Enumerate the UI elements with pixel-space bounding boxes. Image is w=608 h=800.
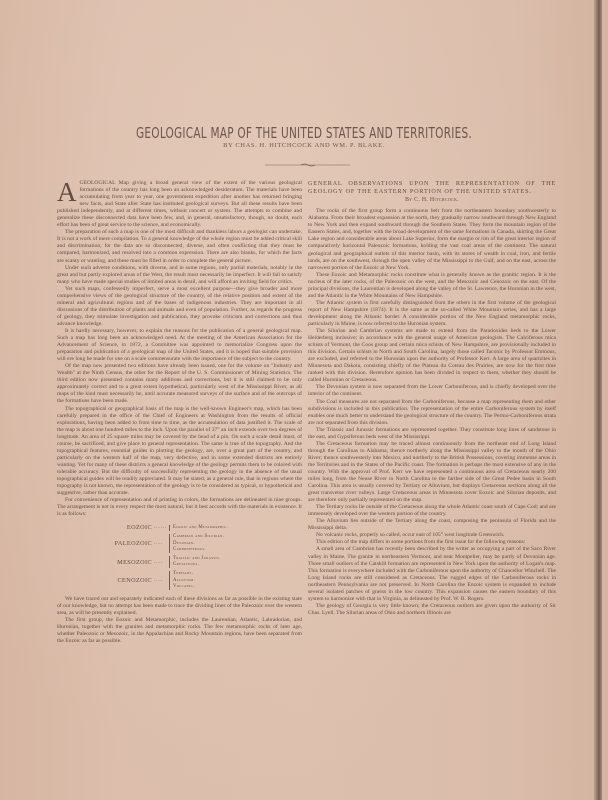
book-binding-gutter bbox=[594, 0, 602, 800]
paragraph: Under such adverse conditions, with dive… bbox=[57, 265, 302, 286]
left-column: A GEOLOGICAL Map giving a broad general … bbox=[57, 180, 302, 645]
paragraph: The rocks of the first group form a cont… bbox=[308, 208, 556, 271]
paragraph: The Silurian and Cambrian systems are ma… bbox=[308, 328, 556, 384]
subdivision: Volcanic. bbox=[173, 584, 195, 590]
paragraph: The Triassic and Jurassic formations are… bbox=[308, 427, 556, 441]
leader-dots: ...... bbox=[154, 524, 168, 531]
paragraph: The Tertiary rocks lie outside of the Cr… bbox=[308, 504, 556, 518]
leader-dots: .... bbox=[154, 540, 168, 547]
subdivision: Cretaceous. bbox=[173, 562, 221, 568]
subdivision: Tertiary. bbox=[173, 571, 195, 577]
group-name: PALEOZOIC bbox=[57, 540, 154, 547]
group-brace: Eozoic and Metamorphic. bbox=[169, 525, 228, 531]
paragraph: These Eozoic and Metamorphic rocks const… bbox=[308, 272, 556, 300]
paragraph: Of the map now presented two editions ha… bbox=[57, 363, 302, 405]
group-eozoic: EOZOIC ...... Eozoic and Metamorphic. bbox=[57, 524, 302, 531]
subdivision: Alluvium. bbox=[173, 578, 195, 584]
paragraph: A small area of Cambrian has recently be… bbox=[308, 546, 556, 602]
section-heading: GENERAL OBSERVATIONS UPON THE REPRESENTA… bbox=[308, 180, 556, 195]
paragraph: The Atlantic system is first carefully d… bbox=[308, 300, 556, 328]
ornament-divider bbox=[265, 163, 350, 167]
right-column: GENERAL OBSERVATIONS UPON THE REPRESENTA… bbox=[308, 180, 556, 617]
intro-paragraph: A GEOLOGICAL Map giving a broad general … bbox=[57, 180, 302, 229]
paragraph: The Cretaceous formation may be traced a… bbox=[308, 441, 556, 504]
subdivision: Carboniferous. bbox=[173, 547, 224, 553]
section-author: By C. H. Hitchcock. bbox=[308, 197, 556, 204]
group-brace: Tertiary. Alluvium. Volcanic. bbox=[169, 571, 195, 590]
subdivision: Cambrian and Silurian. bbox=[173, 534, 224, 540]
paragraph: The geology of Georgia is very little kn… bbox=[308, 603, 556, 617]
paragraph: The first group, the Eozoic and Metamorp… bbox=[57, 617, 302, 645]
paragraph: Yet such maps, confessedly imperfect, se… bbox=[57, 286, 302, 328]
subdivision: Eozoic and Metamorphic. bbox=[173, 525, 228, 531]
paragraph: The Alluvium lies outside of the Tertiar… bbox=[308, 518, 556, 532]
drop-cap: A bbox=[57, 181, 77, 203]
group-name: MESOZOIC bbox=[57, 559, 154, 566]
paragraph: For convenience of representation and of… bbox=[57, 497, 302, 518]
paragraph: The Devonian system is now separated fro… bbox=[308, 384, 556, 398]
page-edge bbox=[602, 0, 608, 800]
paragraph: The Coal measures are not separated from… bbox=[308, 399, 556, 427]
paragraph: It is hardly necessary, however, to expl… bbox=[57, 328, 302, 363]
group-name: EOZOIC bbox=[57, 524, 154, 531]
byline: BY CHAS. H. HITCHCOCK AND WM. P. BLAKE. bbox=[0, 142, 608, 149]
formation-groups-table: EOZOIC ...... Eozoic and Metamorphic. PA… bbox=[57, 524, 302, 590]
group-brace: Cambrian and Silurian. Devonian. Carboni… bbox=[169, 534, 224, 553]
leader-dots: .... bbox=[154, 559, 168, 566]
group-mesozoic: MESOZOIC .... Triassic and Jurassic. Cre… bbox=[57, 556, 302, 568]
leader-dots: .... bbox=[154, 577, 168, 584]
page-title: GEOLOGICAL MAP OF THE UNITED STATES AND … bbox=[67, 124, 541, 142]
paragraph: We have traced out and separately indica… bbox=[57, 596, 302, 617]
group-name: CENOZOIC bbox=[57, 577, 154, 584]
group-brace: Triassic and Jurassic. Cretaceous. bbox=[169, 556, 221, 568]
group-paleozoic: PALEOZOIC .... Cambrian and Silurian. De… bbox=[57, 534, 302, 553]
group-cenozoic: CENOZOIC .... Tertiary. Alluvium. Volcan… bbox=[57, 571, 302, 590]
paragraph: The topographical or geographical basis … bbox=[57, 406, 302, 498]
paragraph: The preparation of such a map is one of … bbox=[57, 229, 302, 264]
